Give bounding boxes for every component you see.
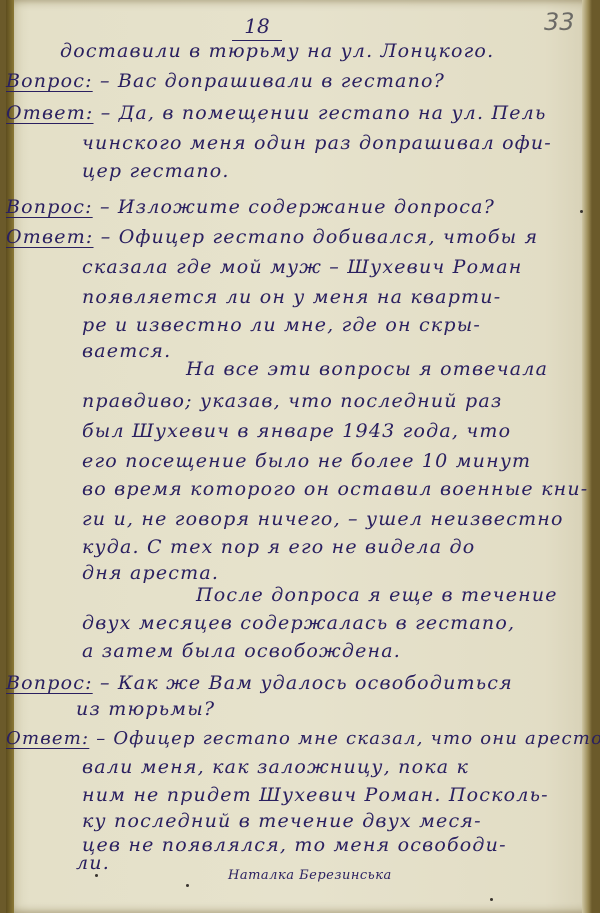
line-28: ку последний в течение двух меся- — [82, 810, 482, 832]
answer-2: Ответ: – Офицер гестапо добивался, чтобы… — [6, 226, 538, 248]
line-26: вали меня, как заложницу, пока к — [82, 756, 469, 778]
line-20: После допроса я еще в течение — [196, 584, 558, 606]
line-27: ним не придет Шухевич Роман. Посколь- — [82, 784, 549, 806]
line-4: чинского меня один раз допрашивал офи- — [82, 132, 552, 154]
folio-number: 33 — [544, 8, 575, 36]
line-12: На все эти вопросы я отвечала — [186, 358, 548, 380]
page-number: 18 — [232, 14, 282, 41]
line-30: ли. — [76, 852, 110, 874]
line-1: доставили в тюрьму на ул. Лонцкого. — [60, 40, 494, 62]
line-29: цев не появлялся, то меня освободи- — [82, 834, 507, 856]
signature: Наталка Березинська — [228, 868, 392, 883]
paper-speck — [95, 874, 98, 877]
line-17: ги и, не говоря ничего, – ушел неизвестн… — [82, 508, 564, 530]
line-13: правдиво; указав, что последний раз — [82, 390, 502, 412]
line-16: во время которого он оставил военные кни… — [82, 478, 588, 500]
answer-1: Ответ: – Да, в помещении гестапо на ул. … — [6, 102, 547, 124]
document-page: 18 33 доставили в тюрьму на ул. Лонцкого… — [6, 0, 592, 913]
page-edge — [582, 0, 592, 913]
line-10: ре и известно ли мне, где он скры- — [82, 314, 481, 336]
line-5: цер гестапо. — [82, 160, 230, 182]
line-21: двух месяцев содержалась в гестапо, — [82, 612, 515, 634]
line-11: вается. — [82, 340, 171, 362]
question-1: Вопрос: – Вас допрашивали в гестапо? — [6, 70, 445, 92]
line-14: был Шухевич в январе 1943 года, что — [82, 420, 511, 442]
line-18: куда. С тех пор я его не видела до — [82, 536, 475, 558]
paper-speck — [580, 210, 583, 213]
question-3: Вопрос: – Как же Вам удалось освободитьс… — [6, 672, 513, 694]
line-19: дня ареста. — [82, 562, 219, 584]
paper-speck — [490, 898, 493, 901]
line-22: а затем была освобождена. — [82, 640, 401, 662]
line-15: его посещение было не более 10 минут — [82, 450, 531, 472]
binding-edge — [6, 0, 14, 913]
line-9: появляется ли он у меня на кварти- — [82, 286, 501, 308]
answer-3: Ответ: – Офицер гестапо мне сказал, что … — [6, 728, 600, 749]
question-2: Вопрос: – Изложите содержание допроса? — [6, 196, 495, 218]
line-24: из тюрьмы? — [76, 698, 215, 720]
paper-speck — [186, 884, 189, 887]
line-8: сказала где мой муж – Шухевич Роман — [82, 256, 522, 278]
